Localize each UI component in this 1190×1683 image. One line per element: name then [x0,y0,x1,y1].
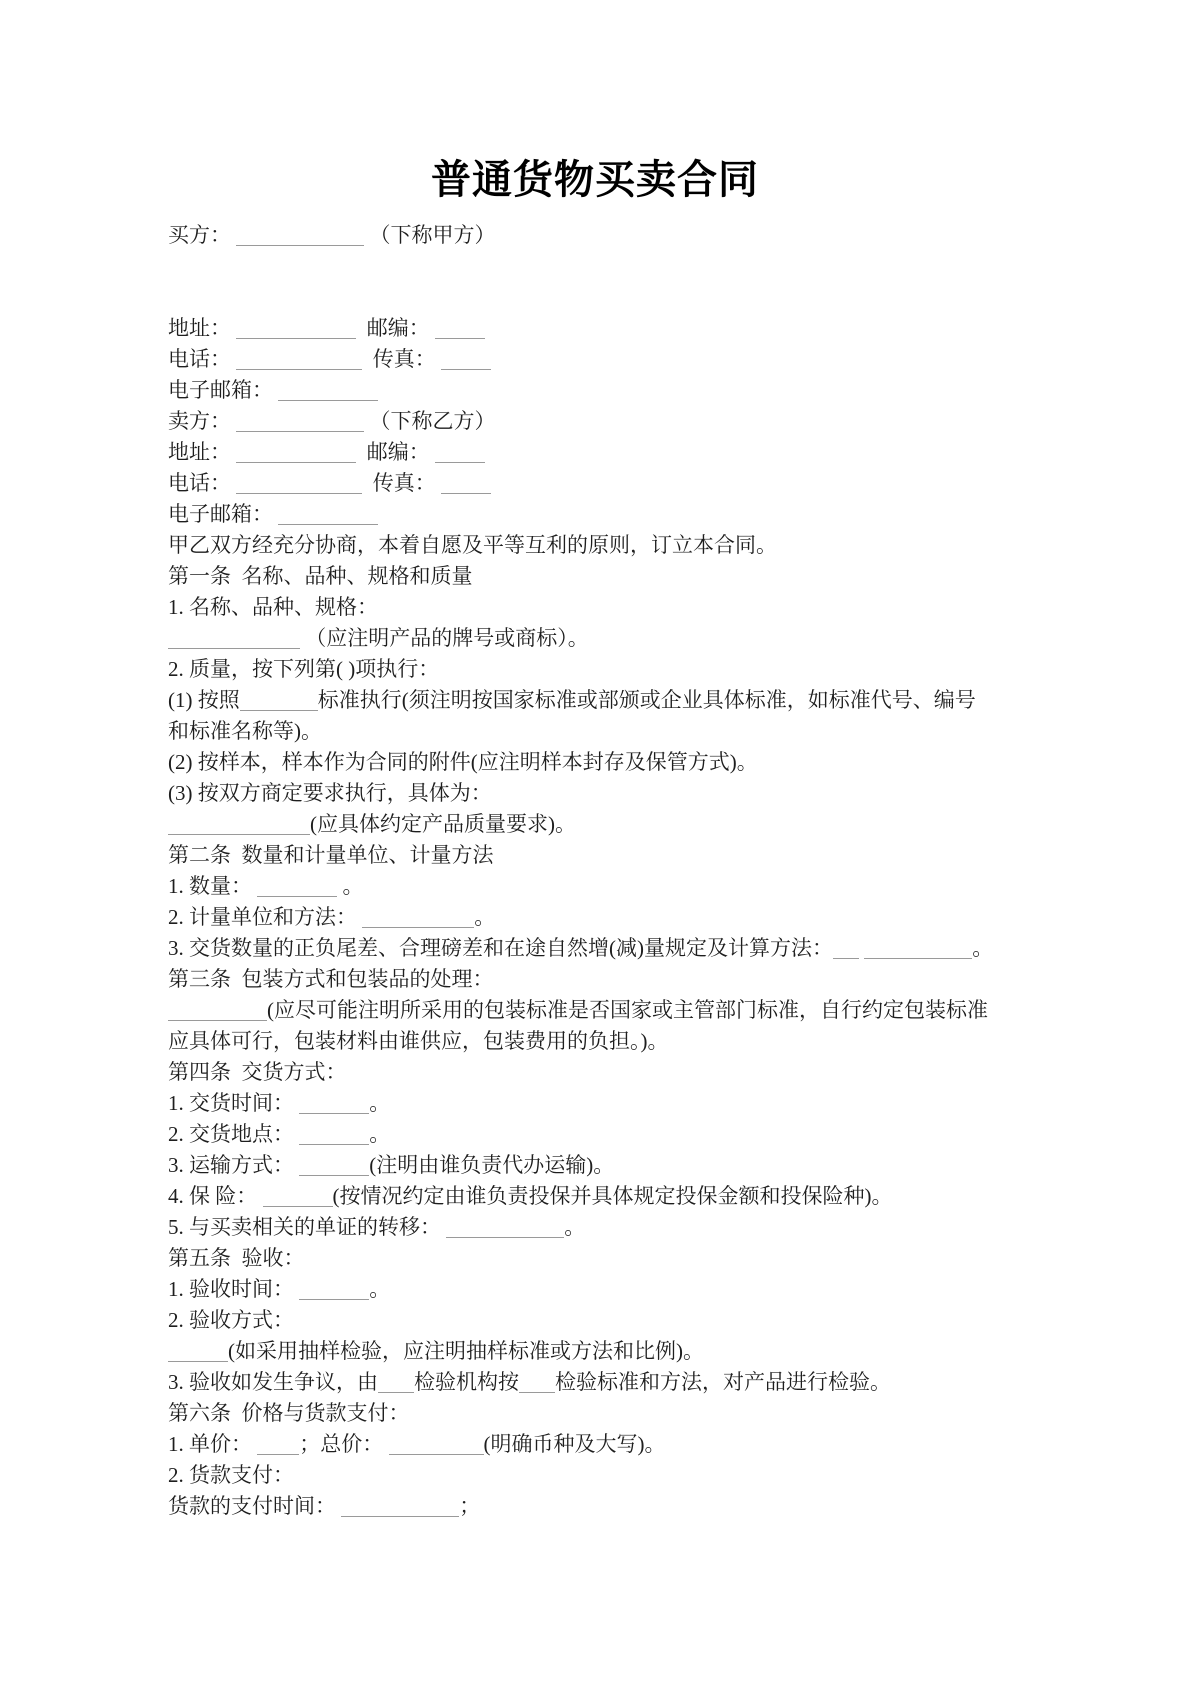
blank-fill-field [278,519,378,525]
blank-fill-field [236,426,364,432]
doc-line: (1) 按照标准执行(须注明按国家标准或部颁或企业具体标准，如标准代号、编号 [168,685,1048,716]
text-run: 5. 与买卖相关的单证的转移： [168,1215,446,1239]
blank-fill-field [441,364,491,370]
doc-line: 买方： （下称甲方） [168,220,1048,251]
doc-line: 第五条 验收： [168,1243,1048,1274]
doc-line: 1. 交货时间： 。 [168,1088,1048,1119]
text-run: 2. 质量，按下列第( )项执行： [168,657,439,681]
blank-fill-field [257,891,337,897]
doc-line: 卖方： （下称乙方） [168,406,1048,437]
text-run: 1. 名称、品种、规格： [168,595,378,619]
text-run: 标准执行(须注明按国家标准或部颁或企业具体标准，如标准代号、编号 [318,688,976,712]
text-run: 1. 数量： [168,874,257,898]
text-run: 1. 交货时间： [168,1091,299,1115]
doc-line: 电话： 传真： [168,468,1048,499]
doc-line: 电话： 传真： [168,344,1048,375]
doc-line: 5. 与买卖相关的单证的转移： 。 [168,1212,1048,1243]
text-run: 邮编： [356,316,435,340]
text-run: (明确币种及大写)。 [484,1432,666,1456]
doc-line: 第二条 数量和计量单位、计量方法 [168,840,1048,871]
text-run: (应具体约定产品质量要求)。 [310,812,576,836]
text-run: 。 [474,905,495,929]
text-run: 卖方： [168,409,236,433]
text-run: 地址： [168,440,236,464]
blank-fill-field [168,643,300,649]
blank-fill-field [168,1015,267,1021]
doc-line: 第三条 包装方式和包装品的处理： [168,964,1048,995]
blank-fill-field [168,829,310,835]
text-run: 1. 验收时间： [168,1277,299,1301]
blank-fill-field [519,1387,555,1393]
contract-document-page: 普通货物买卖合同 买方： （下称甲方）地址： 邮编： 电话： 传真： 电子邮箱：… [0,0,1190,1683]
text-run: 第六条 价格与货款支付： [168,1401,410,1425]
text-run: 地址： [168,316,236,340]
text-run: 。 [972,936,993,960]
text-run: 邮编： [356,440,435,464]
blank-fill-field [236,488,362,494]
doc-line: 地址： 邮编： [168,313,1048,344]
blank-fill-field [435,333,485,339]
blank-fill-field [299,1294,369,1300]
blank-fill-field [864,953,972,959]
blank-fill-field [299,1108,369,1114]
doc-line: (3) 按双方商定要求执行，具体为： [168,778,1048,809]
text-run: (2) 按样本，样本作为合同的附件(应注明样本封存及保管方式)。 [168,750,758,774]
text-run: 第四条 交货方式： [168,1060,347,1084]
blank-fill-field [341,1511,459,1517]
text-run: 。 [564,1215,585,1239]
text-run: 电子邮箱： [168,502,278,526]
text-run: 传真： [362,471,441,495]
text-run: (应尽可能注明所采用的包装标准是否国家或主管部门标准，自行约定包装标准 [267,998,988,1022]
blank-fill-field [441,488,491,494]
doc-line: 地址： 邮编： [168,437,1048,468]
doc-line: 2. 货款支付： [168,1460,1048,1491]
doc-line: 第一条 名称、品种、规格和质量 [168,561,1048,592]
text-run: （应注明产品的牌号或商标）。 [300,626,589,650]
text-run: (3) 按双方商定要求执行，具体为： [168,781,492,805]
blank-fill-field [389,1449,484,1455]
text-run: 检验标准和方法，对产品进行检验。 [555,1370,891,1394]
blank-fill-field [446,1232,564,1238]
blank-fill-field [236,364,362,370]
blank-fill-field [299,1170,369,1176]
doc-line: 2. 质量，按下列第( )项执行： [168,654,1048,685]
text-run: 货款的支付时间： [168,1494,341,1518]
text-run: 2. 计量单位和方法： [168,905,362,929]
text-run: 买方： [168,223,236,247]
doc-line: 第六条 价格与货款支付： [168,1398,1048,1429]
doc-line: 1. 名称、品种、规格： [168,592,1048,623]
doc-line: 货款的支付时间： ； [168,1491,1048,1522]
text-run: 检验机构按 [414,1370,519,1394]
text-run: 。 [369,1091,390,1115]
text-run: 1. 单价： [168,1432,257,1456]
text-run: (如采用抽样检验，应注明抽样标准或方法和比例)。 [228,1339,704,1363]
text-run: ； [459,1494,480,1518]
text-run: 甲乙双方经充分协商，本着自愿及平等互利的原则，订立本合同。 [168,533,777,557]
doc-line: (应尽可能注明所采用的包装标准是否国家或主管部门标准，自行约定包装标准 [168,995,1048,1026]
blank-gap [168,251,1048,313]
doc-line: 应具体可行，包装材料由谁供应，包装费用的负担。)。 [168,1026,1048,1057]
text-run: 第三条 包装方式和包装品的处理： [168,967,494,991]
text-run: 3. 运输方式： [168,1153,299,1177]
text-run: (1) 按照 [168,688,240,712]
text-run: 第五条 验收： [168,1246,305,1270]
text-run: 2. 货款支付： [168,1463,294,1487]
doc-line: 1. 验收时间： 。 [168,1274,1048,1305]
doc-line: 3. 验收如发生争议，由检验机构按检验标准和方法，对产品进行检验。 [168,1367,1048,1398]
text-run: 应具体可行，包装材料由谁供应，包装费用的负担。)。 [168,1029,669,1053]
blank-fill-field [833,953,859,959]
text-run: 。 [337,874,363,898]
doc-line: 甲乙双方经充分协商，本着自愿及平等互利的原则，订立本合同。 [168,530,1048,561]
text-run: 2. 验收方式： [168,1308,294,1332]
text-run: （下称乙方） [364,409,495,433]
doc-line: (应具体约定产品质量要求)。 [168,809,1048,840]
blank-fill-field [168,1356,228,1362]
doc-line: 3. 运输方式： (注明由谁负责代办运输)。 [168,1150,1048,1181]
text-run: 传真： [362,347,441,371]
blank-fill-field [263,1201,333,1207]
text-run: 电话： [168,471,236,495]
blank-fill-field [257,1449,299,1455]
text-run: 。 [369,1122,390,1146]
text-run: 电子邮箱： [168,378,278,402]
blank-fill-field [236,333,356,339]
text-run: 2. 交货地点： [168,1122,299,1146]
text-run: (按情况约定由谁负责投保并具体规定投保金额和投保险种)。 [333,1184,893,1208]
document-title: 普通货物买卖合同 [0,152,1190,208]
text-run: 3. 交货数量的正负尾差、合理磅差和在途自然增(减)量规定及计算方法： [168,936,833,960]
doc-line: 第四条 交货方式： [168,1057,1048,1088]
text-run: 第一条 名称、品种、规格和质量 [168,564,473,588]
doc-line: 和标准名称等)。 [168,716,1048,747]
doc-line: 1. 单价： ；总价： (明确币种及大写)。 [168,1429,1048,1460]
text-run: ；总价： [299,1432,388,1456]
blank-fill-field [378,1387,414,1393]
text-run: 。 [369,1277,390,1301]
doc-line: (2) 按样本，样本作为合同的附件(应注明样本封存及保管方式)。 [168,747,1048,778]
blank-fill-field [278,395,378,401]
blank-fill-field [236,457,356,463]
doc-line: 3. 交货数量的正负尾差、合理磅差和在途自然增(减)量规定及计算方法： 。 [168,933,1048,964]
blank-fill-field [299,1139,369,1145]
text-run: (注明由谁负责代办运输)。 [369,1153,614,1177]
doc-line: （应注明产品的牌号或商标）。 [168,623,1048,654]
blank-fill-field [236,240,364,246]
blank-fill-field [240,705,318,711]
doc-line: 2. 验收方式： [168,1305,1048,1336]
doc-line: 4. 保 险： (按情况约定由谁负责投保并具体规定投保金额和投保险种)。 [168,1181,1048,1212]
text-run: （下称甲方） [364,223,495,247]
doc-line: 2. 计量单位和方法： 。 [168,902,1048,933]
blank-fill-field [362,922,474,928]
text-run: 和标准名称等)。 [168,719,322,743]
text-run: 3. 验收如发生争议，由 [168,1370,378,1394]
doc-line: 电子邮箱： [168,499,1048,530]
text-run: 4. 保 险： [168,1184,263,1208]
doc-line: 1. 数量： 。 [168,871,1048,902]
doc-line: (如采用抽样检验，应注明抽样标准或方法和比例)。 [168,1336,1048,1367]
blank-fill-field [435,457,485,463]
document-body: 买方： （下称甲方）地址： 邮编： 电话： 传真： 电子邮箱： 卖方： （下称乙… [168,220,1048,1522]
doc-line: 电子邮箱： [168,375,1048,406]
text-run: 电话： [168,347,236,371]
text-run: 第二条 数量和计量单位、计量方法 [168,843,494,867]
doc-line: 2. 交货地点： 。 [168,1119,1048,1150]
